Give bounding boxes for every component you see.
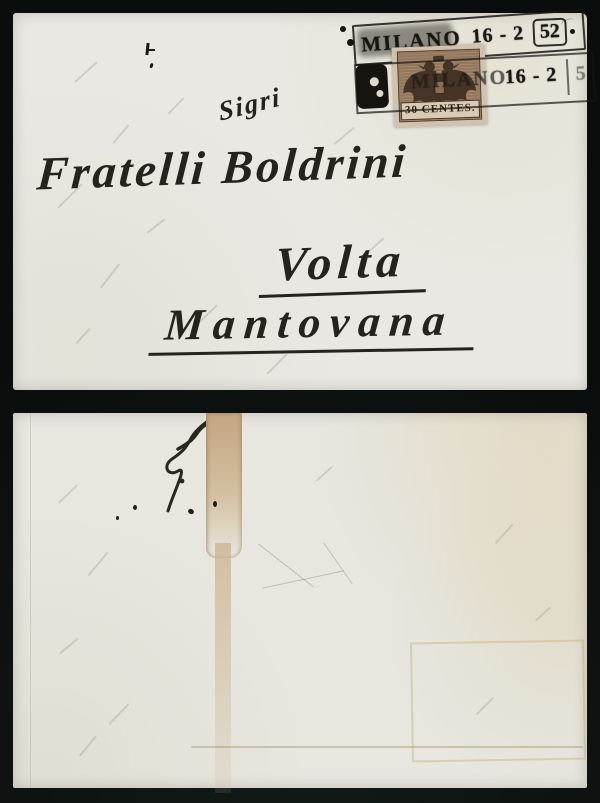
postmark-town: MILANO (404, 66, 508, 94)
cancel-ink-blob (355, 64, 389, 110)
show-through-stroke (266, 353, 287, 374)
postmark-separator: - (532, 65, 541, 87)
show-through-stroke (495, 524, 514, 545)
ink-fleck (149, 63, 153, 69)
show-through-stroke (168, 97, 185, 114)
fold-line-vertical (30, 413, 31, 788)
cover-back-photo (13, 413, 587, 788)
crease-mark (262, 570, 344, 588)
postmark-day: 16 (504, 65, 527, 88)
show-through-stroke (74, 61, 98, 83)
crease-mark (323, 543, 352, 585)
show-through-stroke (147, 218, 166, 233)
address-salutation: Sigri (217, 81, 283, 127)
photo-background: MILANO 16 - 2 52 (0, 0, 600, 803)
stain-strip (206, 413, 242, 558)
postmark-year-fragment: 5 (575, 62, 586, 85)
postmark-year-box: 52 (533, 17, 568, 46)
stain-strip-fade (215, 543, 231, 793)
show-through-stroke (79, 735, 97, 756)
cover-front-photo: MILANO 16 - 2 52 (13, 13, 587, 390)
postmark-date: 16 - 2 (504, 64, 558, 90)
ink-fleck (147, 49, 155, 51)
show-through-stroke (59, 638, 79, 655)
cancel-ink-dot (340, 26, 346, 32)
show-through-stroke (535, 607, 551, 622)
address-town-line: Volta (259, 232, 430, 293)
address-town-text: Volta (259, 233, 430, 298)
show-through-stroke (113, 124, 130, 144)
crease-mark (258, 544, 314, 588)
address-province-line: Mantovana (149, 294, 478, 351)
postmark-month: 2 (512, 22, 525, 45)
postmark-box-divider (566, 59, 570, 95)
show-through-stroke (58, 484, 78, 503)
show-through-stroke (88, 552, 109, 576)
show-through-stroke (100, 264, 120, 289)
address-recipient-line: Fratelli Boldrini (35, 134, 409, 201)
ink-dot (213, 501, 217, 507)
ink-dot (133, 505, 137, 510)
postmark-separator: - (499, 23, 508, 45)
show-through-stroke (109, 703, 130, 725)
show-through-stroke (315, 466, 333, 482)
show-through-stroke (76, 328, 91, 344)
tape-stain-outline (410, 639, 586, 762)
ink-dot (116, 516, 119, 520)
address-province-text: Mantovana (148, 295, 478, 356)
postmark-month: 2 (546, 64, 558, 87)
